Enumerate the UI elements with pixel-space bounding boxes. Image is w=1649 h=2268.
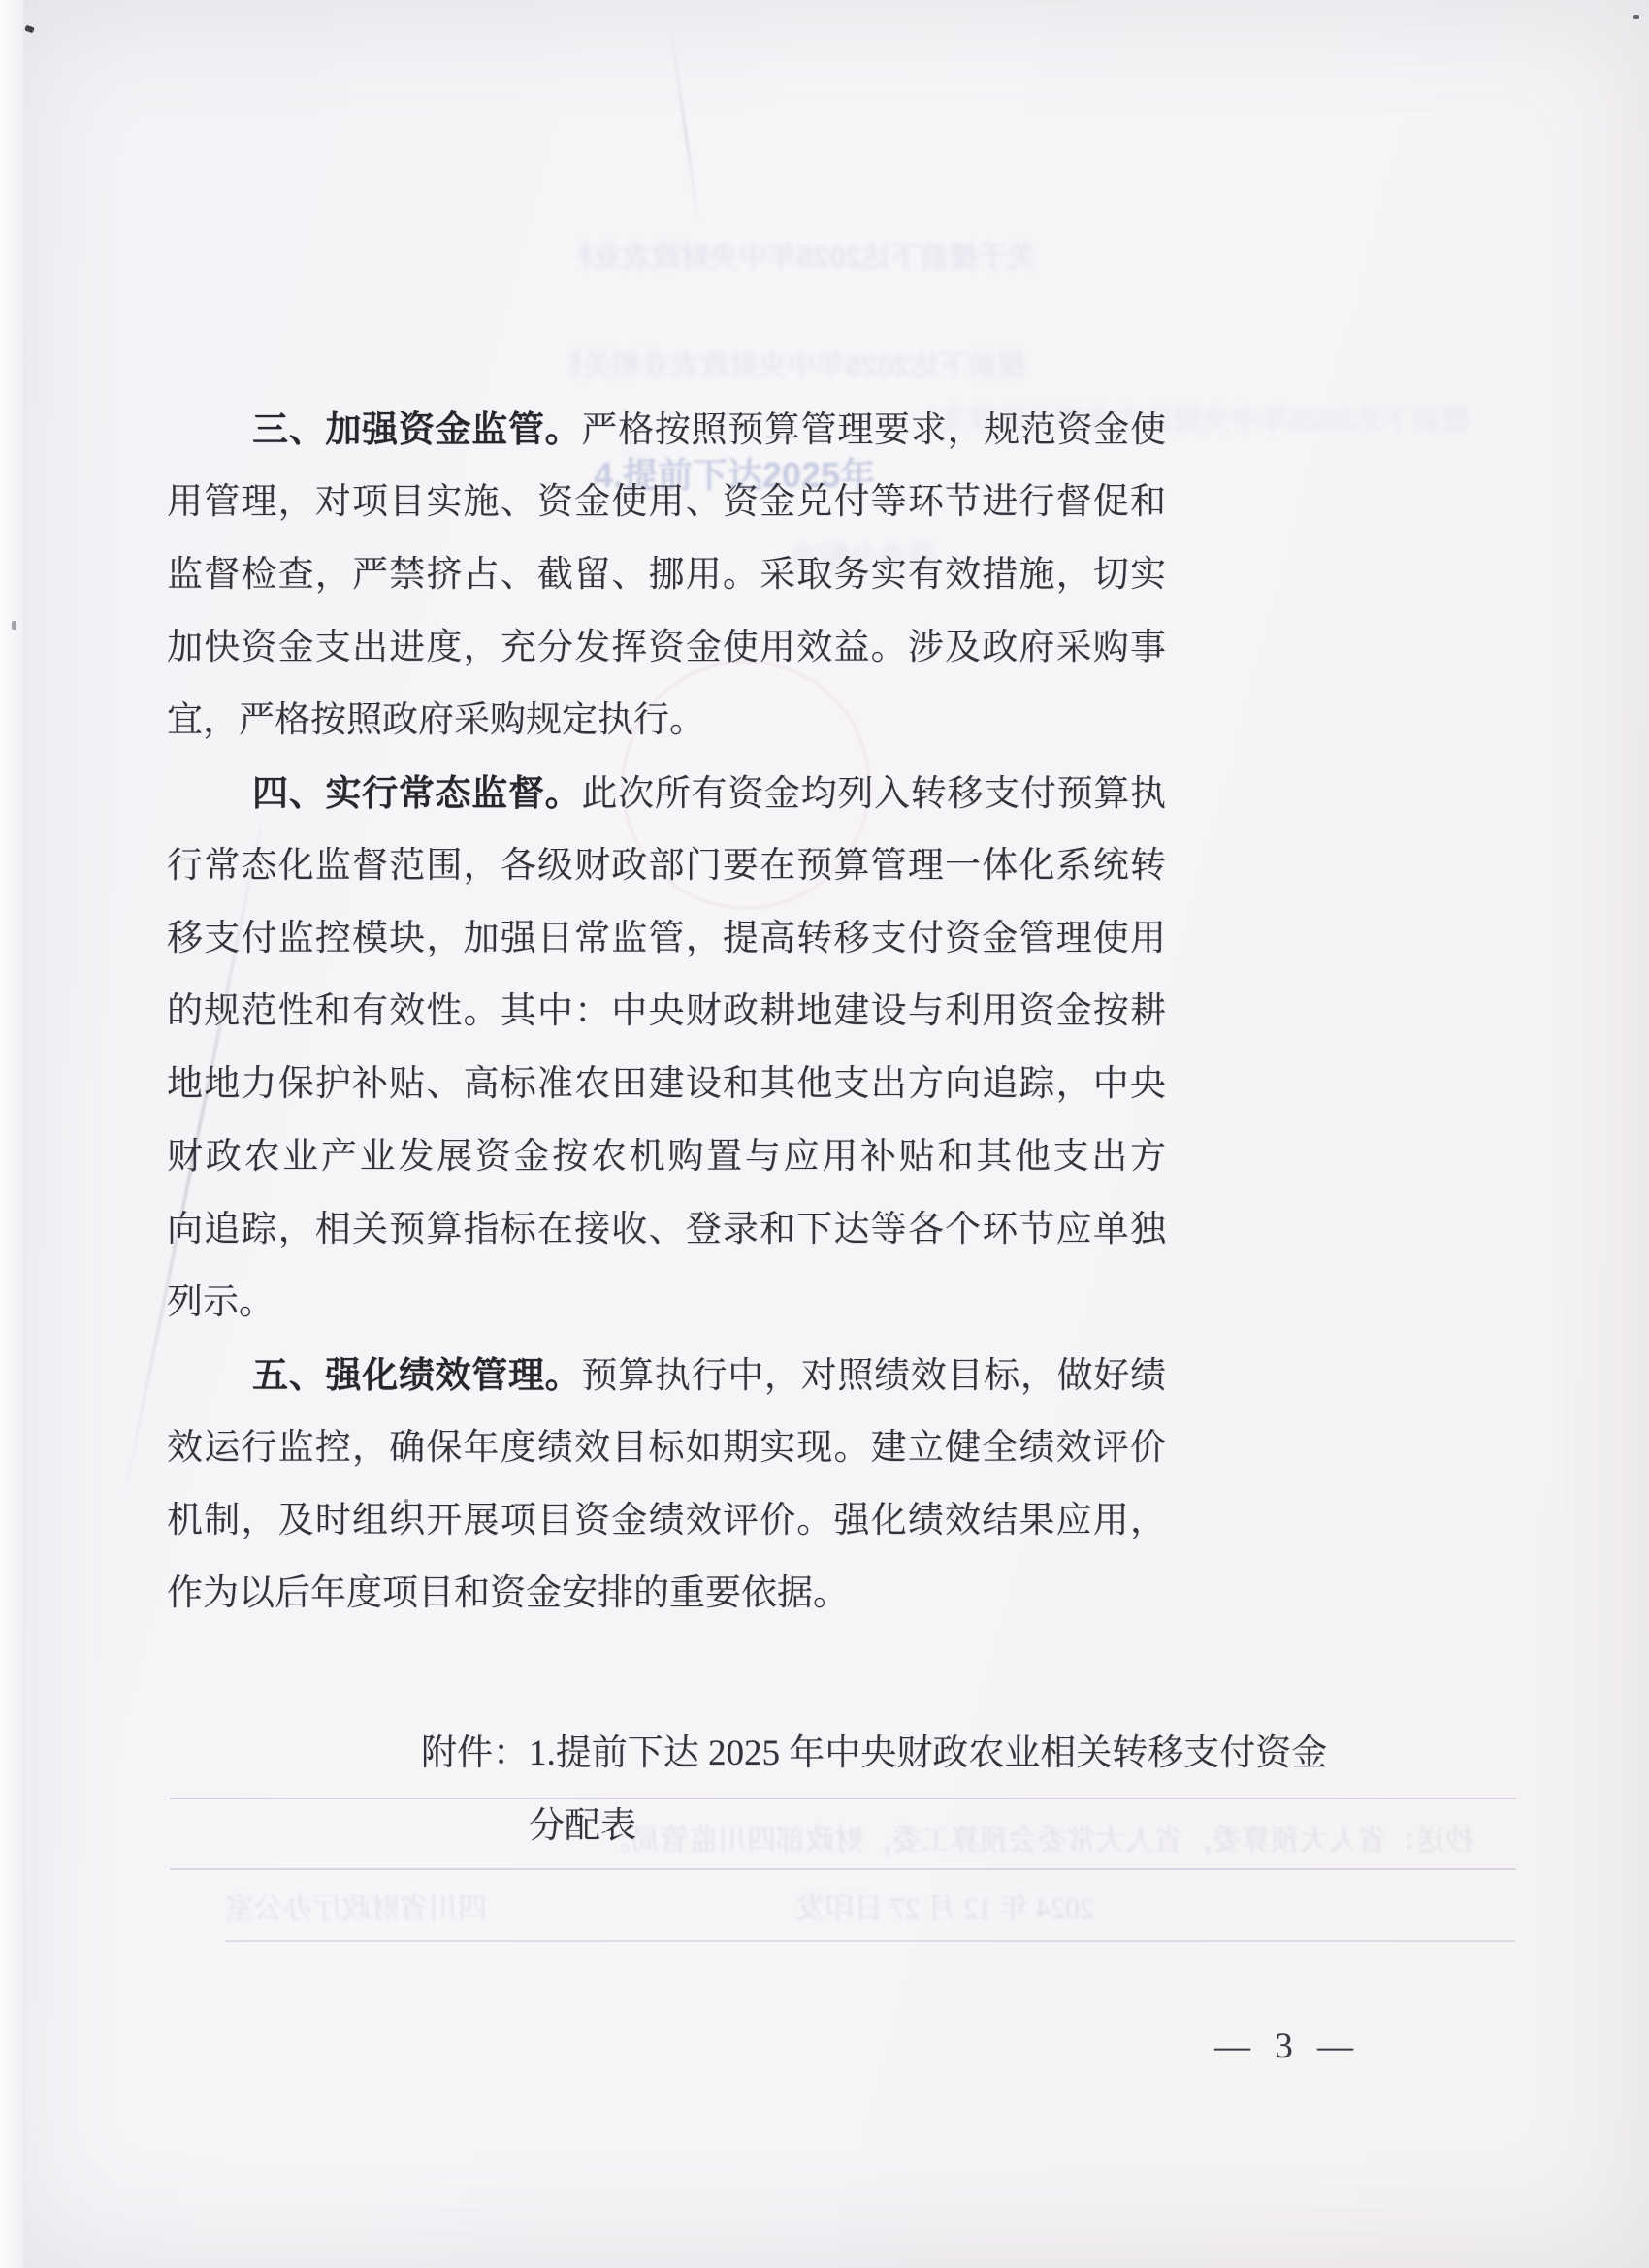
body-text: 预算执行中，对照绩效目标，做好绩 [581,1356,1166,1396]
text-line: 机制，及时组织开展项目资金绩效评价。强化绩效结果应用， [167,1484,1166,1557]
body-text: 地地力保护补贴、高标准农田建设和其他支出方向追踪，中央 [167,1064,1166,1104]
text-line: 宜，严格按照政府采购规定执行。 [167,684,1166,757]
section-heading: 四、实行常态监督。 [252,773,581,813]
body-text: 的规范性和有效性。其中：中央财政耕地建设与利用资金按耕 [167,991,1166,1031]
body-text: 机制，及时组织开展项目资金绩效评价。强化绩效结果应用， [167,1501,1166,1540]
text-line: 四、实行常态监督。此次所有资金均列入转移支付预算执 [167,757,1166,829]
body-text: 加快资金支出进度，充分发挥资金使用效益。涉及政府采购事 [167,628,1166,667]
section-heading: 五、强化绩效管理。 [252,1355,581,1395]
text-line: 用管理，对项目实施、资金使用、资金兑付等环节进行督促和 [167,466,1166,538]
body-text: 行常态化监督范围，各级财政部门要在预算管理一体化系统转 [167,846,1166,886]
attachment-block: 附件：1.提前下达 2025 年中央财政农业相关转移支付资金 分配表 [421,1717,1327,1863]
bleed-rule [170,1868,1516,1870]
body-text: 效运行监控，确保年度绩效目标如期实现。建立健全绩效评价 [167,1428,1166,1468]
bleed-issuer: 四川省财政厅办公室 [186,1884,487,1927]
body-text: 财政农业产业发展资金按农机购置与应用补贴和其他支出方 [167,1137,1166,1177]
text-line: 效运行监控，确保年度绩效目标如期实现。建立健全绩效评价 [167,1411,1166,1484]
paper-crease [669,27,701,234]
attachment-line: 分配表 [421,1790,1327,1863]
body-text: 此次所有资金均列入转移支付预算执 [581,774,1166,814]
body-text: 移支付监控模块，加强日常监管，提高转移支付资金管理使用 [167,919,1166,958]
bleed-through-text: 关于提前下达2025年中央财政农业相关转移支付 [580,233,1036,275]
scan-edge-band [0,0,24,2268]
text-line: 移支付监控模块，加强日常监管，提高转移支付资金管理使用 [167,902,1166,975]
section-heading: 三、加强资金监管。 [252,409,581,449]
paragraph: 四、实行常态监督。此次所有资金均列入转移支付预算执行常态化监督范围，各级财政部门… [167,757,1166,1339]
text-line: 三、加强资金监管。严格按照预算管理要求，规范资金使 [167,393,1166,466]
text-line: 财政农业产业发展资金按农机购置与应用补贴和其他支出方 [167,1120,1166,1193]
text-line: 的规范性和有效性。其中：中央财政耕地建设与利用资金按耕 [167,975,1166,1048]
body-text: 严格按照预算管理要求，规范资金使 [581,410,1166,450]
bleed-through-text: 提前下达2025年中央财政农业相关资金 [570,341,1026,384]
body-text: 作为以后年度项目和资金安排的重要依据。 [167,1573,849,1613]
text-line: 行常态化监督范围，各级财政部门要在预算管理一体化系统转 [167,829,1166,902]
text-line: 五、强化绩效管理。预算执行中，对照绩效目标，做好绩 [167,1339,1166,1411]
bleed-rule [225,1940,1515,1942]
text-line: 作为以后年度项目和资金安排的重要依据。 [167,1557,1166,1630]
body-text: 宜，严格按照政府采购规定执行。 [167,700,705,740]
paragraph: 三、加强资金监管。严格按照预算管理要求，规范资金使用管理，对项目实施、资金使用、… [167,393,1166,757]
scan-speck [24,25,35,34]
attachment-line: 附件：1.提前下达 2025 年中央财政农业相关转移支付资金 [421,1717,1327,1790]
body-text: 用管理，对项目实施、资金使用、资金兑付等环节进行督促和 [167,482,1166,522]
text-line: 列示。 [167,1266,1166,1339]
scan-speck [12,621,16,630]
scan-speck [1633,15,1639,19]
paragraph: 五、强化绩效管理。预算执行中，对照绩效目标，做好绩效运行监控，确保年度绩效目标如… [167,1339,1166,1630]
scanned-document-page: 关于提前下达2025年中央财政农业相关转移支付 提前下达2025年中央财政农业相… [0,0,1649,2268]
bleed-issue-date: 2024 年 12 月 27 日印发 [793,1884,1094,1927]
body-text: 向追踪，相关预算指标在接收、登录和下达等各个环节应单独 [167,1210,1166,1249]
text-line: 地地力保护补贴、高标准农田建设和其他支出方向追踪，中央 [167,1048,1166,1120]
text-line: 加快资金支出进度，充分发挥资金使用效益。涉及政府采购事 [167,611,1166,684]
body-text: 监督检查，严禁挤占、截留、挪用。采取务实有效措施，切实 [167,555,1166,595]
body-text: 列示。 [167,1282,275,1322]
page-number: — 3 — [1214,2024,1408,2070]
text-line: 监督检查，严禁挤占、截留、挪用。采取务实有效措施，切实 [167,538,1166,611]
text-line: 向追踪，相关预算指标在接收、登录和下达等各个环节应单独 [167,1193,1166,1266]
